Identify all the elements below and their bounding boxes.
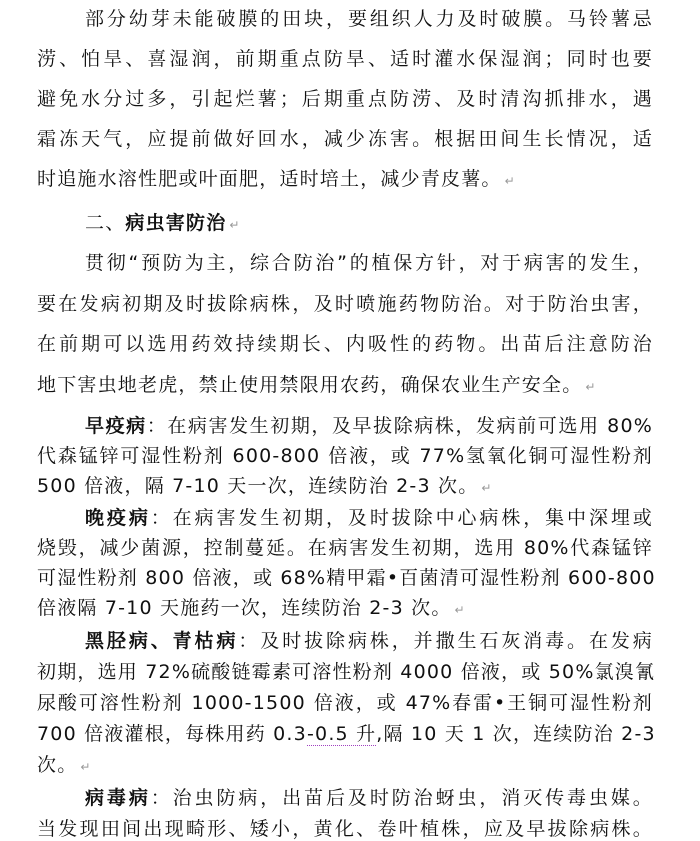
paragraph-mark-icon: ↵: [80, 760, 90, 774]
text-line: 代森锰锌可湿性粉剂 600-800 倍液，或 77%氢氧化铜可湿性粉剂: [37, 441, 653, 468]
disease-name: 黑胫病、青枯病: [85, 630, 238, 652]
paragraph-mark-icon: ↵: [585, 380, 595, 394]
disease-line: 黑胫病、青枯病：及时拔除病株，并撒生石灰消毒。在发病: [85, 626, 653, 653]
text-content: ：在病害发生初期，及早拔除病株，发病前可选用 80%: [147, 415, 653, 437]
text-line: 次。↵: [37, 750, 653, 777]
text-line: 烧毁，减少菌源，控制蔓延。在病害发生初期，选用 80%代森锰锌: [37, 533, 653, 560]
text-line: 地下害虫地老虎，禁止使用禁限用农药，确保农业生产安全。↵: [37, 370, 653, 397]
disease-name: 晚疫病: [85, 507, 151, 529]
disease-name: 早疫病: [85, 415, 147, 437]
text-line: 可湿性粉剂 800 倍液，或 68%精甲霜•百菌清可湿性粉剂 600-800: [37, 563, 653, 590]
text-content: ,隔 10 天 1 次，连续防治 2-3: [376, 723, 656, 745]
grammar-underline-text[interactable]: -0.5 升: [307, 723, 376, 746]
disease-line: 晚疫病：在病害发生初期，及时拔除中心病株，集中深埋或: [85, 503, 653, 530]
text-content: 次。: [37, 754, 77, 776]
text-line: 倍液隔 7-10 天施药一次，连续防治 2-3 次。↵: [37, 593, 653, 620]
document-page: 部分幼芽未能破膜的田块，要组织人力及时破膜。马铃薯忌 涝、怕旱、喜湿润，前期重点…: [0, 0, 700, 841]
heading-number: 二、: [85, 212, 125, 234]
text-content: ：及时拔除病株，并撒生石灰消毒。在发病: [238, 630, 653, 652]
disease-name: 病毒病: [85, 787, 151, 809]
text-line: 在前期可以选用药效持续期长、内吸性的药物。出苗后注意防治: [37, 329, 653, 356]
text-content: ：在病害发生初期，及时拔除中心病株，集中深埋或: [151, 507, 653, 529]
text-line: 涝、怕旱、喜湿润，前期重点防旱、适时灌水保湿润；同时也要: [37, 44, 653, 71]
text-content: ：治虫防病，出苗后及时防治蚜虫，消灭传毒虫媒。: [151, 787, 653, 809]
text-content: 时追施水溶性肥或叶面肥，适时培土，减少青皮薯。: [37, 168, 502, 190]
paragraph-mark-icon: ↵: [455, 603, 465, 617]
text-content: 地下害虫地老虎，禁止使用禁限用农药，确保农业生产安全。: [37, 374, 582, 396]
text-line: 贯彻“预防为主，综合防治”的植保方针，对于病害的发生，: [85, 248, 653, 275]
text-line: 当发现田间出现畸形、矮小，黄化、卷叶植株，应及早拔除病株。: [37, 814, 653, 841]
text-line: 要在发病初期及时拔除病株，及时喷施药物防治。对于防治虫害，: [37, 289, 653, 316]
heading-title: 病虫害防治: [125, 212, 226, 234]
text-line: 初期，选用 72%硫酸链霉素可溶性粉剂 4000 倍液，或 50%氯溴氰: [37, 657, 653, 684]
text-line: 霜冻天气，应提前做好回水，减少冻害。根据田间生长情况，适: [37, 124, 653, 151]
disease-line: 病毒病：治虫防病，出苗后及时防治蚜虫，消灭传毒虫媒。: [85, 783, 653, 810]
text-line: 时追施水溶性肥或叶面肥，适时培土，减少青皮薯。↵: [37, 164, 653, 191]
section-heading: 二、病虫害防治↵: [85, 208, 700, 235]
text-content: 倍液隔 7-10 天施药一次，连续防治 2-3 次。: [37, 597, 452, 619]
text-line: 避免水分过多，引起烂薯；后期重点防涝、及时清沟抓排水，遇: [37, 84, 653, 111]
paragraph-mark-icon: ↵: [505, 174, 515, 188]
text-content: 500 倍液，隔 7-10 天一次，连续防治 2-3 次。: [37, 475, 478, 497]
disease-line: 早疫病：在病害发生初期，及早拔除病株，发病前可选用 80%: [85, 411, 653, 438]
text-line: 部分幼芽未能破膜的田块，要组织人力及时破膜。马铃薯忌: [85, 4, 653, 31]
paragraph-mark-icon: ↵: [481, 481, 491, 495]
text-content: 700 倍液灌根，每株用药 0.3: [37, 723, 307, 745]
paragraph-mark-icon: ↵: [229, 218, 239, 232]
text-line: 500 倍液，隔 7-10 天一次，连续防治 2-3 次。↵: [37, 471, 653, 498]
text-line: 700 倍液灌根，每株用药 0.3-0.5 升,隔 10 天 1 次，连续防治 …: [37, 719, 653, 746]
text-line: 尿酸可溶性粉剂 1000-1500 倍液，或 47%春雷•王铜可湿性粉剂: [37, 688, 653, 715]
